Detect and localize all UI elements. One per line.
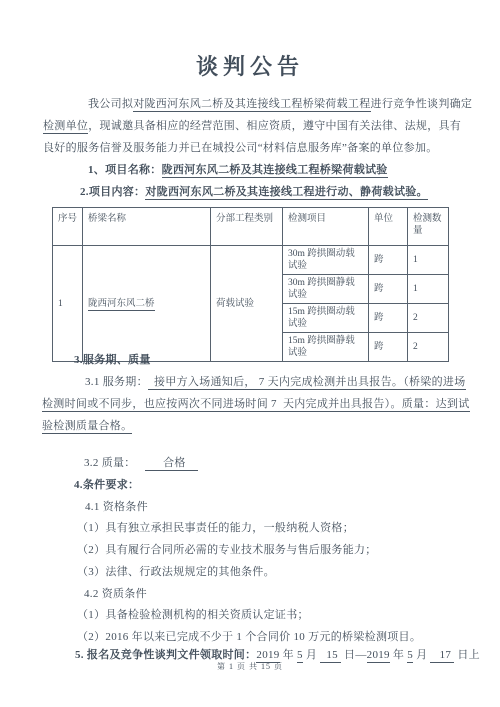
- col-header-qty: 检测数量: [408, 208, 449, 246]
- date-text: 月: [303, 649, 320, 661]
- section3-1-line-1: 3.1 服务期： 接甲方入场通知后， 7 天内完成检测并出具报告。（桥梁的进场: [85, 375, 466, 389]
- intro-line-1: 我公司拟对陇西河东风二桥及其连接线工程桥梁荷载工程进行竞争性谈判确定: [88, 97, 472, 111]
- section3-1-line-3: 验检测质量合格。: [42, 419, 132, 433]
- registration-time-label: 5. 报名及竞争性谈判文件领取时间：: [75, 649, 256, 661]
- col-header-bridge: 桥梁名称: [83, 208, 211, 246]
- date-text: 月: [413, 649, 430, 661]
- project-content-value: 对陇西河东风二桥及其连接线工程进行动、静荷载试验。: [145, 186, 428, 200]
- col-header-category: 分部工程类别: [211, 208, 283, 246]
- bridge-name-underlined: 陇西河东风二桥: [88, 299, 155, 311]
- table-header-row: 序号 桥梁名称 分部工程类别 检测项目 单位 检测数量: [53, 208, 449, 246]
- quality-label: 3.2 质量：: [84, 457, 136, 469]
- detection-items-table: 序号 桥梁名称 分部工程类别 检测项目 单位 检测数量 1 陇西河东风二桥 荷载…: [52, 207, 449, 362]
- cell-item: 30m 跨拱圈静载试验: [283, 275, 369, 304]
- date-text: 年: [280, 649, 297, 661]
- project-name-value: 陇西河东风二桥及其连接线工程桥梁荷载试验: [162, 164, 388, 178]
- col-header-seq: 序号: [53, 208, 83, 246]
- cell-qty: 2: [408, 333, 449, 362]
- intro-line-3: 良好的服务信誉及服务能力并已在城投公司“材料信息服务库”备案的单位参加。: [43, 141, 438, 155]
- cell-unit: 跨: [369, 333, 408, 362]
- intro-text: 进行竞争性谈判确定: [371, 98, 473, 110]
- intro-text: 我公司拟: [88, 98, 133, 110]
- service-period-value: 验检测质量合格。: [42, 420, 132, 434]
- cell-unit: 跨: [369, 246, 408, 275]
- service-period-label: 3.1 服务期：: [85, 376, 148, 388]
- section4-1-heading: 4.1 资格条件: [85, 500, 148, 514]
- cell-unit: 跨: [369, 304, 408, 333]
- cell-item: 30m 跨拱圈动载试验: [283, 246, 369, 275]
- section4-heading: 4.条件要求：: [74, 478, 139, 492]
- section3-1-line-2: 检测时间或不同步，也应按两次不同进场时间 7 天内完成并出具报告）。质量：达到试: [42, 397, 470, 411]
- section3-heading: 3.服务期、质量: [74, 353, 151, 367]
- service-period-value: 检测时间或不同步，也应按两次不同进场时间 7 天内完成并出具报告）。质量：达到试: [42, 398, 470, 412]
- project-content-label: 2.项目内容：: [80, 186, 145, 198]
- cell-qty: 1: [408, 275, 449, 304]
- section3-2-line: 3.2 质量： 合格: [84, 456, 198, 470]
- page-title: 谈判公告: [0, 50, 500, 81]
- document-page: 谈判公告 我公司拟对陇西河东风二桥及其连接线工程桥梁荷载工程进行竞争性谈判确定 …: [0, 0, 500, 707]
- intro-text: ，现诚邀具备相应的经营范围、相应资质，遵守中国有关法律、法规，具有: [88, 120, 461, 132]
- page-number-footer: 第 1 页 共 15 页: [0, 661, 500, 672]
- cell-item: 15m 跨拱圈动载试验: [283, 304, 369, 333]
- qualification-item: （1）具有独立承担民事责任的能力，一般纳税人资格；: [77, 521, 354, 535]
- date-text: 年: [390, 649, 407, 661]
- intro-underlined-unit: 检测单位: [43, 120, 88, 134]
- cell-seq: 1: [53, 246, 83, 362]
- credential-item: （2）2016 年以来已完成不少于 1 个合同价 10 万元的桥梁检测项目。: [77, 630, 421, 644]
- cell-category: 荷载试验: [211, 246, 283, 362]
- section5-line: 5. 报名及竞争性谈判文件领取时间：2019 年 5 月 15 日—2019 年…: [75, 648, 480, 662]
- quality-value: 合格: [145, 457, 198, 471]
- qualification-item: （2）具有履行合同所必需的专业技术服务与售后服务能力；: [77, 543, 377, 557]
- cell-bridge-name: 陇西河东风二桥: [83, 246, 211, 362]
- col-header-unit: 单位: [369, 208, 408, 246]
- cell-item: 15m 跨拱圈静载试验: [283, 333, 369, 362]
- col-header-item: 检测项目: [283, 208, 369, 246]
- qualification-item: （3）法律、行政法规规定的其他条件。: [77, 565, 275, 579]
- cell-qty: 2: [408, 304, 449, 333]
- spacer: [136, 457, 145, 469]
- project-content-line: 2.项目内容：对陇西河东风二桥及其连接线工程进行动、静荷载试验。: [80, 185, 428, 199]
- project-name-line: 1、项目名称：陇西河东风二桥及其连接线工程桥梁荷载试验: [88, 163, 388, 177]
- cell-qty: 1: [408, 246, 449, 275]
- project-name-label: 1、项目名称：: [88, 164, 162, 176]
- date-text: 日—: [341, 649, 367, 661]
- intro-line-2: 检测单位，现诚邀具备相应的经营范围、相应资质，遵守中国有关法律、法规，具有: [43, 119, 461, 133]
- cell-unit: 跨: [369, 275, 408, 304]
- section4-2-heading: 4.2 资质条件: [84, 587, 147, 601]
- service-period-value: 接甲方入场通知后， 7 天内完成检测并出具报告。（桥梁的进场: [148, 376, 466, 390]
- intro-underlined-project: 对陇西河东风二桥及其连接线工程桥梁荷载工程: [133, 98, 370, 112]
- table-row: 1 陇西河东风二桥 荷载试验 30m 跨拱圈动载试验 跨 1: [53, 246, 449, 275]
- date-text: 日上: [454, 649, 480, 661]
- credential-item: （1）具备检验检测机构的相关资质认定证书；: [77, 608, 309, 622]
